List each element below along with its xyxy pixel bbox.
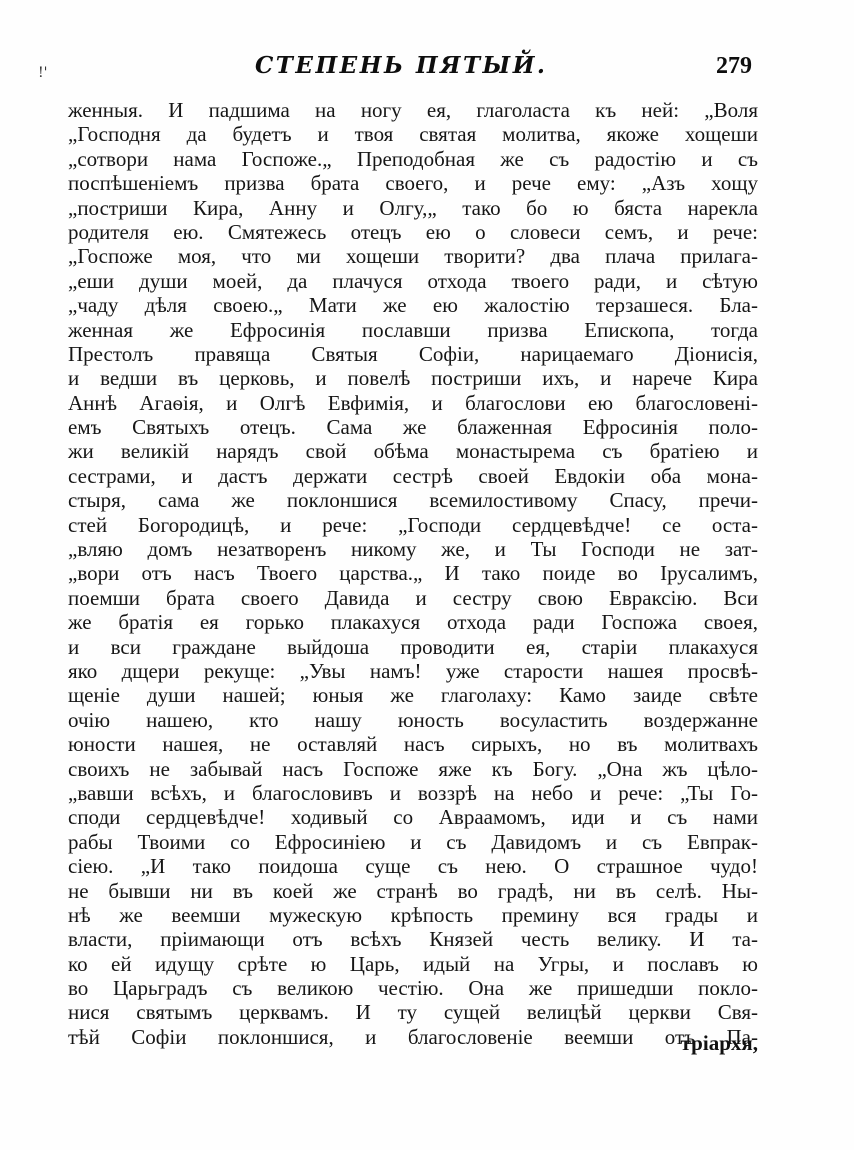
text-line: сіею. „И тако поидоша суще съ нею. О стр…: [68, 854, 758, 878]
text-line: „сотвори нама Госпоже.„ Преподобная же с…: [68, 147, 758, 171]
text-line: и ведши въ церковь, и повелѣ постриши их…: [68, 366, 758, 390]
text-line: „Госпоже моя, что ми хощеши творити? два…: [68, 244, 758, 268]
text-line: Престолъ правяща Святыя Софіи, нарицаема…: [68, 342, 758, 366]
running-head-title: СТЕПЕНЬ ПЯТЫЙ.: [255, 52, 555, 80]
text-line: власти, пріимающи отъ всѣхъ Князей честь…: [68, 927, 758, 951]
text-line: поемши брата своего Давида и сестру свою…: [68, 586, 758, 610]
catchword: тріархя,: [655, 1031, 758, 1055]
text-line: юности нашея, не оставляй насъ сирыхъ, н…: [68, 732, 758, 756]
text-line: щеніе души нашей; юныя же глаголаху: Кам…: [68, 683, 758, 707]
text-line: родителя ею. Смятежесь отецъ ею о словес…: [68, 220, 758, 244]
text-line: „чаду дѣля своею.„ Мати же ею жалостію т…: [68, 293, 758, 317]
text-line: „Господня да будетъ и твоя святая молитв…: [68, 122, 758, 146]
text-line: яко дщери рекуще: „Увы намъ! уже старост…: [68, 659, 758, 683]
margin-mark: !': [38, 66, 47, 80]
body-text: женныя. И падшима на ногу ея, глаголаста…: [68, 98, 758, 1049]
text-line: нися святымъ церквамъ. И ту сущей велицѣ…: [68, 1000, 758, 1024]
text-line: „вавши всѣхъ, и благословивъ и воззрѣ на…: [68, 781, 758, 805]
text-line: нѣ же веемши мужескую крѣпость премину в…: [68, 903, 758, 927]
text-line: стыря, сама же поклоншися всемилостивому…: [68, 488, 758, 512]
text-line: же братія ея горько плакахуся отхода рад…: [68, 610, 758, 634]
text-line: „еши души моей, да плачуся отхода твоего…: [68, 269, 758, 293]
book-page: !' СТЕПЕНЬ ПЯТЫЙ. 279 женныя. И падшима …: [0, 0, 854, 1150]
text-line: женныя. И падшима на ногу ея, глаголаста…: [68, 98, 758, 122]
text-line: во Царьградъ съ великою честію. Она же п…: [68, 976, 758, 1000]
text-line: женная же Ефросинія пославши призва Епис…: [68, 318, 758, 342]
text-line: жи великій нарядъ свой обѣма монастырема…: [68, 439, 758, 463]
text-line: споди сердцевѣдче! ходивый со Авраамомъ,…: [68, 805, 758, 829]
text-line: Аннѣ Агаѳія, и Олгѣ Евфимія, и благослов…: [68, 391, 758, 415]
text-line: „постриши Кира, Анну и Олгу,„ тако бо ю …: [68, 196, 758, 220]
text-line: сестрами, и дастъ держати сестрѣ своей Е…: [68, 464, 758, 488]
text-line: очію нашею, кто нашу юность восуластить …: [68, 708, 758, 732]
text-line: своихъ не забывай насъ Госпоже яже къ Бо…: [68, 757, 758, 781]
text-line: и вси граждане выйдоша проводити ея, ста…: [68, 635, 758, 659]
page-number: 279: [716, 52, 752, 81]
text-line: не бывши ни въ коей же странѣ во градѣ, …: [68, 879, 758, 903]
text-line: „вори отъ насъ Твоего царства.„ И тако п…: [68, 561, 758, 585]
text-line: емъ Святыхъ отецъ. Сама же блаженная Ефр…: [68, 415, 758, 439]
text-line: рабы Твоими со Ефросиніею и съ Давидомъ …: [68, 830, 758, 854]
text-line: ко ей идущу срѣте ю Царь, идый на Угры, …: [68, 952, 758, 976]
text-line: поспѣшеніемъ призва брата своего, и рече…: [68, 171, 758, 195]
text-line: „вляю домъ незатворенъ никому же, и Ты Г…: [68, 537, 758, 561]
text-line: стей Богородицѣ, и рече: „Господи сердце…: [68, 513, 758, 537]
